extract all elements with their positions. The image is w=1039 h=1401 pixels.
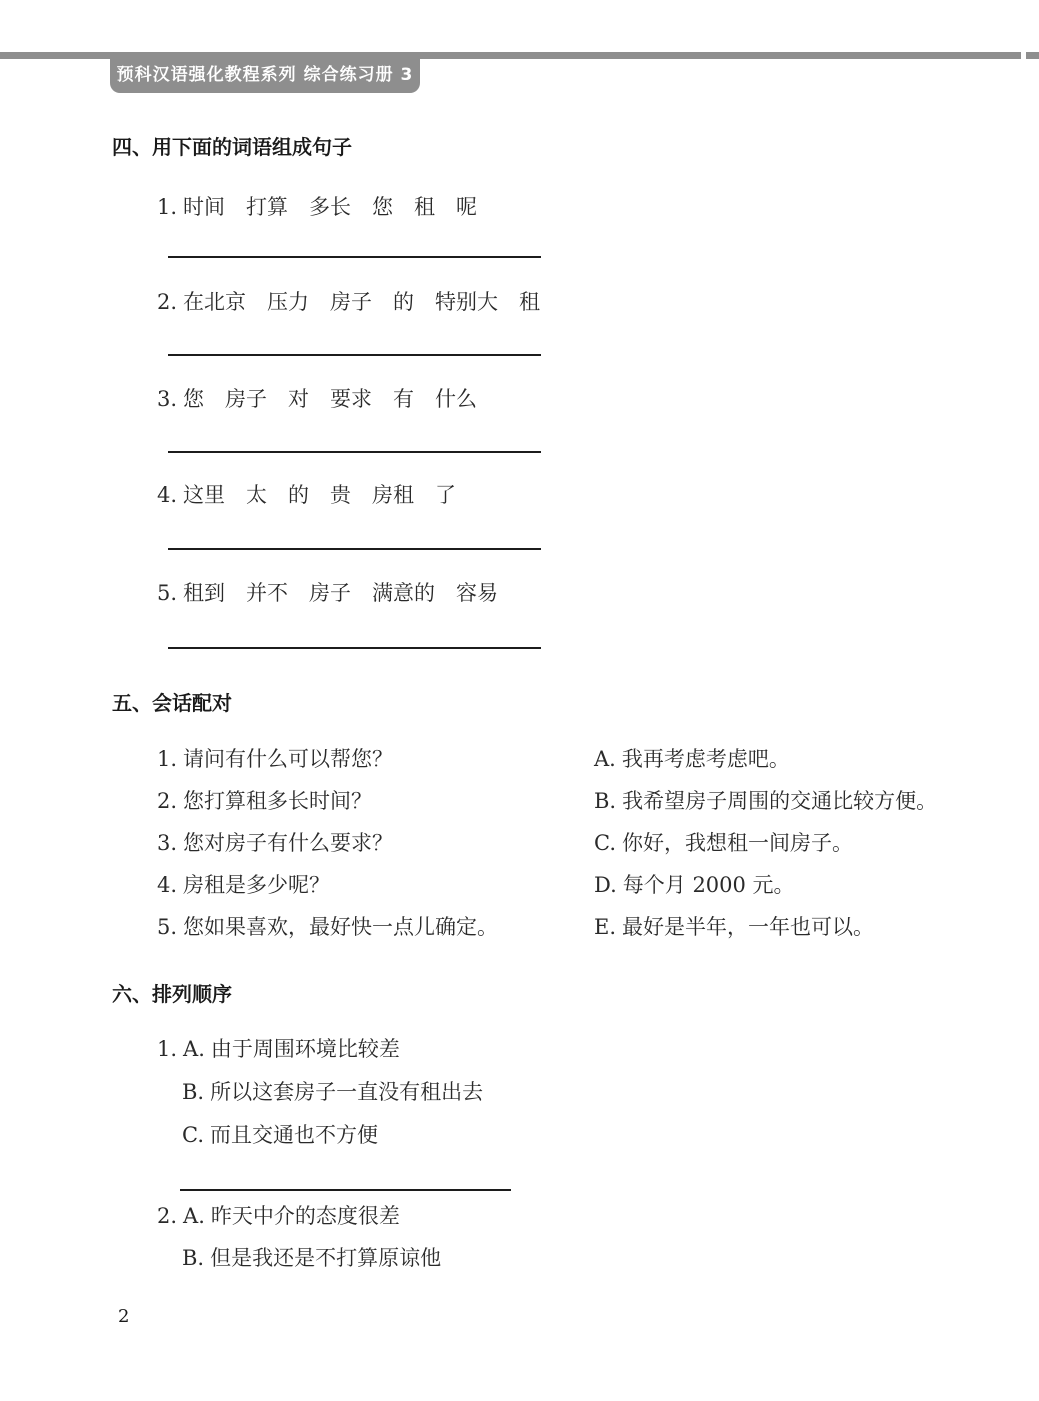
s5-left-5: 5.您如果喜欢，最好快一点儿确定。 bbox=[157, 916, 498, 939]
s4-item-3-number: 3. bbox=[157, 387, 177, 411]
s4-answer-blank-3 bbox=[168, 451, 541, 453]
s5-left-3-number: 3. bbox=[157, 831, 177, 855]
s4-answer-blank-4 bbox=[168, 548, 541, 550]
s5-left-4-number: 4. bbox=[157, 873, 177, 897]
series-badge: 预科汉语强化教程系列 综合练习册 3 bbox=[110, 52, 420, 93]
s5-left-2-number: 2. bbox=[157, 789, 177, 813]
s6-item-1-c-text: 而且交通也不方便 bbox=[210, 1123, 378, 1147]
s5-left-4-text: 房租是多少呢？ bbox=[183, 873, 330, 897]
s6-item-1-a-text: 由于周围环境比较差 bbox=[211, 1037, 400, 1061]
s5-right-e-text: 最好是半年，一年也可以。 bbox=[622, 915, 874, 939]
s6-item-1-line-c: C.而且交通也不方便 bbox=[182, 1124, 378, 1147]
header-rule-right bbox=[1026, 52, 1039, 59]
s4-item-4: 4.这里 太 的 贵 房租 了 bbox=[157, 484, 456, 507]
s4-answer-blank-1 bbox=[168, 256, 541, 258]
page-number: 2 bbox=[118, 1306, 129, 1327]
s4-item-2: 2.在北京 压力 房子 的 特别大 租 bbox=[157, 291, 540, 314]
s5-right-c: C.你好，我想租一间房子。 bbox=[594, 832, 853, 855]
s6-item-1-b-text: 所以这套房子一直没有租出去 bbox=[210, 1080, 483, 1104]
s5-right-d: D.每个月 2000 元。 bbox=[594, 874, 795, 897]
s6-item-2-line-b: B.但是我还是不打算原谅他 bbox=[182, 1247, 441, 1270]
s5-left-2: 2.您打算租多长时间？ bbox=[157, 790, 372, 813]
s6-item-2-line-a: 2.A.昨天中介的态度很差 bbox=[157, 1205, 400, 1228]
s5-left-1-number: 1. bbox=[157, 747, 177, 771]
s5-right-a: A.我再考虑考虑吧。 bbox=[594, 748, 790, 771]
s4-item-1: 1.时间 打算 多长 您 租 呢 bbox=[157, 196, 477, 219]
s5-right-a-text: 我再考虑考虑吧。 bbox=[622, 747, 790, 771]
s5-left-3: 3.您对房子有什么要求？ bbox=[157, 832, 393, 855]
s5-right-b: B.我希望房子周围的交通比较方便。 bbox=[594, 790, 937, 813]
s5-left-1: 1.请问有什么可以帮您？ bbox=[157, 748, 393, 771]
section-4-title: 四、用下面的词语组成句子 bbox=[112, 136, 352, 158]
section-5-title: 五、会话配对 bbox=[112, 692, 232, 714]
s5-left-2-text: 您打算租多长时间？ bbox=[183, 789, 372, 813]
s4-item-2-words: 在北京 压力 房子 的 特别大 租 bbox=[183, 290, 540, 314]
s4-item-5-words: 租到 并不 房子 满意的 容易 bbox=[183, 581, 498, 605]
s4-answer-blank-2 bbox=[168, 354, 541, 356]
s6-item-2-number: 2. bbox=[157, 1204, 177, 1228]
s4-item-4-words: 这里 太 的 贵 房租 了 bbox=[183, 483, 456, 507]
s6-answer-blank-1 bbox=[180, 1189, 511, 1191]
s4-item-4-number: 4. bbox=[157, 483, 177, 507]
s4-item-5: 5.租到 并不 房子 满意的 容易 bbox=[157, 582, 498, 605]
s4-item-2-number: 2. bbox=[157, 290, 177, 314]
s5-right-b-letter: B. bbox=[594, 789, 616, 813]
s6-item-1-line-a: 1.A.由于周围环境比较差 bbox=[157, 1038, 400, 1061]
s5-right-e-letter: E. bbox=[594, 915, 616, 939]
s5-right-e: E.最好是半年，一年也可以。 bbox=[594, 916, 874, 939]
s6-item-2-b-label: B. bbox=[182, 1246, 204, 1270]
s6-item-2-a-text: 昨天中介的态度很差 bbox=[211, 1204, 400, 1228]
s5-right-c-text: 你好，我想租一间房子。 bbox=[622, 831, 853, 855]
s4-item-3-words: 您 房子 对 要求 有 什么 bbox=[183, 387, 477, 411]
s6-item-2-a-label: A. bbox=[183, 1204, 205, 1228]
s4-item-5-number: 5. bbox=[157, 581, 177, 605]
s5-right-a-letter: A. bbox=[594, 747, 616, 771]
s5-left-5-text: 您如果喜欢，最好快一点儿确定。 bbox=[183, 915, 498, 939]
workbook-page: 预科汉语强化教程系列 综合练习册 3 四、用下面的词语组成句子 1.时间 打算 … bbox=[0, 0, 1039, 1401]
s5-left-3-text: 您对房子有什么要求？ bbox=[183, 831, 393, 855]
series-title: 预科汉语强化教程系列 综合练习册 3 bbox=[117, 60, 414, 85]
s5-right-d-text: 每个月 2000 元。 bbox=[623, 873, 795, 897]
s5-right-b-text: 我希望房子周围的交通比较方便。 bbox=[622, 789, 937, 813]
s5-right-c-letter: C. bbox=[594, 831, 616, 855]
s4-item-1-number: 1. bbox=[157, 195, 177, 219]
s4-item-1-words: 时间 打算 多长 您 租 呢 bbox=[183, 195, 477, 219]
s4-item-3: 3.您 房子 对 要求 有 什么 bbox=[157, 388, 477, 411]
s6-item-2-b-text: 但是我还是不打算原谅他 bbox=[210, 1246, 441, 1270]
s6-item-1-c-label: C. bbox=[182, 1123, 204, 1147]
s6-item-1-number: 1. bbox=[157, 1037, 177, 1061]
s5-left-1-text: 请问有什么可以帮您？ bbox=[183, 747, 393, 771]
s6-item-1-a-label: A. bbox=[183, 1037, 205, 1061]
section-6-title: 六、排列顺序 bbox=[112, 983, 232, 1005]
s5-left-4: 4.房租是多少呢？ bbox=[157, 874, 330, 897]
s4-answer-blank-5 bbox=[168, 647, 541, 649]
s6-item-1-b-label: B. bbox=[182, 1080, 204, 1104]
s5-left-5-number: 5. bbox=[157, 915, 177, 939]
s5-right-d-letter: D. bbox=[594, 873, 617, 897]
s6-item-1-line-b: B.所以这套房子一直没有租出去 bbox=[182, 1081, 483, 1104]
